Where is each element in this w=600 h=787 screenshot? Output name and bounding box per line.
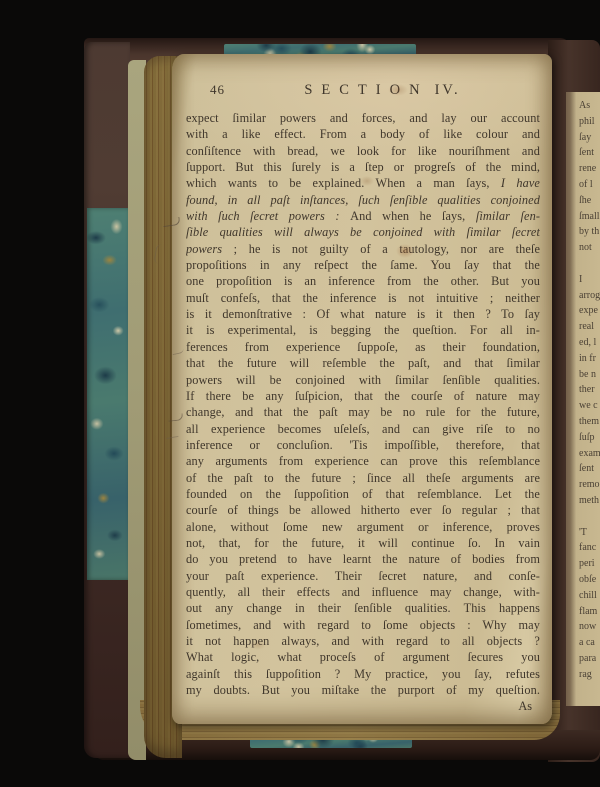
text-line: all experience becomes uſeleſs, and can … xyxy=(186,421,540,437)
facing-page-text-fragment: now xyxy=(579,619,600,635)
facing-page-text-fragment xyxy=(579,256,600,272)
facing-page-text-fragment: 'T xyxy=(579,525,600,541)
text-block: expect ſimilar powers and forces, and la… xyxy=(186,110,540,698)
text-line: alone, without ſome new argument or infe… xyxy=(186,519,540,535)
page-number: 46 xyxy=(210,82,225,98)
facing-page-sliver: Asphilſayſentreneof lſheſmallby thnot Ia… xyxy=(566,92,600,706)
section-numeral: IV. xyxy=(435,82,461,98)
text-line: it is experimental, is begging the queſt… xyxy=(186,322,540,338)
facing-page-text-fragment: them xyxy=(579,414,600,430)
text-line: my doubts. But you miſtake the purport o… xyxy=(186,682,540,698)
body-text: alone, without ſome new argument or infe… xyxy=(186,520,540,534)
text-line: is it demonſtrative : Of what nature is … xyxy=(186,306,540,322)
body-text: ; he is not guilty of a tautology, nor a… xyxy=(222,242,540,256)
text-line: If there be any ſuſpicion, that the cour… xyxy=(186,388,540,404)
italic-text: powers xyxy=(186,242,222,256)
body-text: ferences from experience ſuppoſe, as the… xyxy=(186,340,540,354)
facing-page-text-fragment: fanc xyxy=(579,540,600,556)
body-text: ſupport. But this ſurely is a ſtep or pr… xyxy=(186,160,540,174)
facing-page-text-fragment: be n xyxy=(579,367,600,383)
facing-page-text-fragment: not xyxy=(579,240,600,256)
body-text: againſt this ſuppoſition ? My practice, … xyxy=(186,667,540,681)
facing-page-text-fragment: ſuſp xyxy=(579,430,600,446)
body-text: not, that, for the future, it will conti… xyxy=(186,536,540,550)
body-text: ſometimes, and with regard to ſome objec… xyxy=(186,618,540,632)
body-text: quently, all their effects and influence… xyxy=(186,585,540,599)
italic-text: found, in all paſt inſtances, ſuch ſenſi… xyxy=(186,193,540,207)
facing-page-text-fragment: ſhe xyxy=(579,193,600,209)
body-text: inference or concluſion. 'Tis impoſſible… xyxy=(186,438,540,452)
page-header: 46 SECTIONIV. xyxy=(186,82,540,104)
text-line: founded on the ſuppoſition of that reſem… xyxy=(186,486,540,502)
body-text: do you pretend to have learnt the nature… xyxy=(186,552,540,566)
facing-page-text-fragment: chill xyxy=(579,588,600,604)
text-line: What logic, what proceſs of argument ſec… xyxy=(186,649,540,665)
text-line: againſt this ſuppoſition ? My practice, … xyxy=(186,666,540,682)
text-line: inference or concluſion. 'Tis impoſſible… xyxy=(186,437,540,453)
facing-page-text-fragment: by th xyxy=(579,224,600,240)
text-line: one propoſition is an inference from the… xyxy=(186,273,540,289)
text-line: any arguments from experience can prove … xyxy=(186,453,540,469)
body-text: out any change in their ſenſible qualiti… xyxy=(186,601,540,615)
text-line: ſometimes, and with regard to ſome objec… xyxy=(186,617,540,633)
facing-page-text-fragment: expe xyxy=(579,303,600,319)
italic-text: ſible qualities will always be conjoined… xyxy=(186,225,540,239)
body-text: muſt confeſs, that the inference is not … xyxy=(186,291,540,305)
body-text: founded on the ſuppoſition of that reſem… xyxy=(186,487,540,501)
body-text: courſe of things be allowed hitherto eve… xyxy=(186,503,540,517)
facing-page-text-fragment: I xyxy=(579,272,600,288)
text-line: propoſitions in any reſpect the ſame. Yo… xyxy=(186,257,540,273)
facing-page-text-fragment: arrog xyxy=(579,288,600,304)
facing-page-text-fragment: real xyxy=(579,319,600,335)
text-line: muſt confeſs, that the inference is not … xyxy=(186,290,540,306)
text-line: expect ſimilar powers and forces, and la… xyxy=(186,110,540,126)
facing-page-text-fragment: meth xyxy=(579,493,600,509)
book-page: 46 SECTIONIV. expect ſimilar powers and … xyxy=(172,54,552,724)
facing-page-text-fragment: ſent xyxy=(579,145,600,161)
section-heading: SECTIONIV. xyxy=(225,82,540,99)
italic-text: ſimilar ſen- xyxy=(476,209,540,223)
text-line: it not happen always, and with regard to… xyxy=(186,633,540,649)
facing-page-text-fragment: remo xyxy=(579,477,600,493)
body-text: And when he ſays, xyxy=(350,209,476,223)
catchword: As xyxy=(186,698,540,714)
body-text: it is experimental, is begging the queſt… xyxy=(186,323,540,337)
text-line: found, in all paſt inſtances, ſuch ſenſi… xyxy=(186,192,540,208)
facing-page-text-fragment: a ca xyxy=(579,635,600,651)
page-content: 46 SECTIONIV. expect ſimilar powers and … xyxy=(186,82,540,714)
text-line: courſe of things be allowed hitherto eve… xyxy=(186,502,540,518)
text-line: with ſuch ſecret powers : And when he ſa… xyxy=(186,208,540,224)
marbled-board-left xyxy=(87,208,128,580)
text-line: powers ; he is not guilty of a tautology… xyxy=(186,241,540,257)
book-photograph: Asphilſayſentreneof lſheſmallby thnot Ia… xyxy=(0,0,600,787)
text-line: your paſt experience. Their ſecret natur… xyxy=(186,568,540,584)
body-text: change, and that the paſt may be no rule… xyxy=(186,405,540,419)
facing-page-text-fragment: peri xyxy=(579,556,600,572)
facing-page-text-fragment: in fr xyxy=(579,351,600,367)
text-line: ferences from experience ſuppoſe, as the… xyxy=(186,339,540,355)
facing-page-text-fragment: exam xyxy=(579,446,600,462)
facing-page-text-fragment: As xyxy=(579,98,600,114)
body-text: one propoſition is an inference from the… xyxy=(186,274,540,288)
text-line: do you pretend to have learnt the nature… xyxy=(186,551,540,567)
facing-page-text-fragment: rene xyxy=(579,161,600,177)
text-line: of the paſt to the future ; ſince all th… xyxy=(186,470,540,486)
body-text: your paſt experience. Their ſecret natur… xyxy=(186,569,540,583)
body-text: is it demonſtrative : Of what nature is … xyxy=(186,307,540,321)
text-line: ſupport. But this ſurely is a ſtep or pr… xyxy=(186,159,540,175)
facing-page-text-fragment: ther xyxy=(579,382,600,398)
facing-page-text-fragment: rag xyxy=(579,667,600,683)
body-text: What logic, what proceſs of argument ſec… xyxy=(186,650,540,664)
text-line: conſiſtence with bread, we look for like… xyxy=(186,143,540,159)
facing-page-text-fragment: we c xyxy=(579,398,600,414)
body-text: conſiſtence with bread, we look for like… xyxy=(186,144,540,158)
facing-page-text-fragment: ſent xyxy=(579,461,600,477)
section-word: SECTION xyxy=(304,82,428,98)
text-line: out any change in their ſenſible qualiti… xyxy=(186,600,540,616)
body-text: powers will be conjoined with ſimilar ſe… xyxy=(186,373,540,387)
body-text: propoſitions in any reſpect the ſame. Yo… xyxy=(186,258,540,272)
body-text: my doubts. But you miſtake the purport o… xyxy=(186,683,540,697)
body-text: any arguments from experience can prove … xyxy=(186,454,540,468)
facing-page-text-fragment: phil xyxy=(579,114,600,130)
body-text: of the paſt to the future ; ſince all th… xyxy=(186,471,540,485)
text-line: not, that, for the future, it will conti… xyxy=(186,535,540,551)
body-text: it not happen always, and with regard to… xyxy=(186,634,540,648)
body-text: which wants to be explained. When a man … xyxy=(186,176,501,190)
body-text: If there be any ſuſpicion, that the cour… xyxy=(186,389,540,403)
text-line: powers will be conjoined with ſimilar ſe… xyxy=(186,372,540,388)
facing-page-text-fragment: obſe xyxy=(579,572,600,588)
body-text: expect ſimilar powers and forces, and la… xyxy=(186,111,540,125)
facing-page-text-fragment: ſmall xyxy=(579,209,600,225)
text-line: change, and that the paſt may be no rule… xyxy=(186,404,540,420)
text-line: which wants to be explained. When a man … xyxy=(186,175,540,191)
text-line: with a like effect. From a body of like … xyxy=(186,126,540,142)
facing-page-text-fragment: ſay xyxy=(579,130,600,146)
facing-page-text-fragment xyxy=(579,509,600,525)
italic-text: with ſuch ſecret powers : xyxy=(186,209,350,223)
body-text: with a like effect. From a body of like … xyxy=(186,127,540,141)
text-line: ſible qualities will always be conjoined… xyxy=(186,224,540,240)
text-line: that the future will reſemble the paſt, … xyxy=(186,355,540,371)
facing-page-text-fragment: flam xyxy=(579,604,600,620)
body-text: that the future will reſemble the paſt, … xyxy=(186,356,540,370)
facing-page-text-fragment: para xyxy=(579,651,600,667)
facing-page-text-fragment: of l xyxy=(579,177,600,193)
facing-page-text-fragment: ed, l xyxy=(579,335,600,351)
italic-text: I have xyxy=(501,176,540,190)
text-line: quently, all their effects and influence… xyxy=(186,584,540,600)
body-text: all experience becomes uſeleſs, and can … xyxy=(186,422,540,436)
